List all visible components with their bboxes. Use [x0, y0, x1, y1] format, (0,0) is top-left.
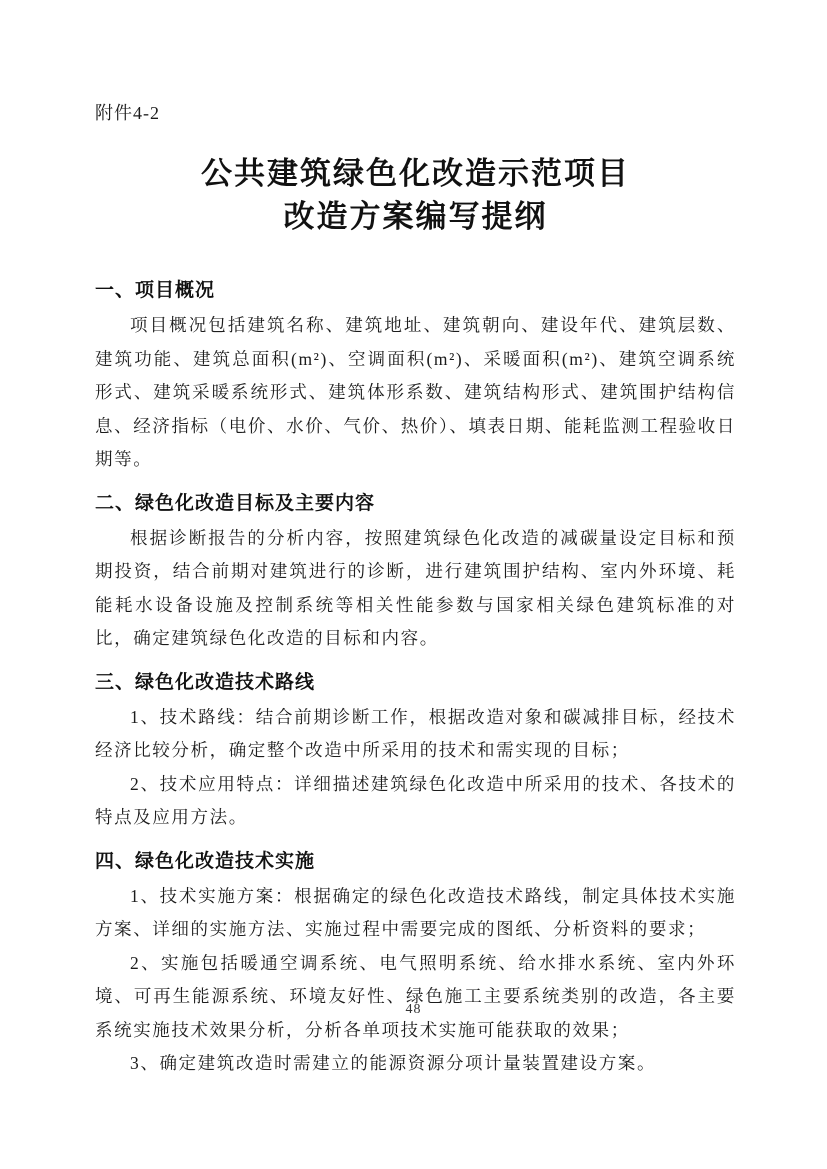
document-content: 附件4-2 公共建筑绿色化改造示范项目 改造方案编写提纲 一、项目概况 项目概况…: [95, 0, 736, 1081]
section-2-paragraph: 根据诊断报告的分析内容，按照建筑绿色化改造的减碳量设定目标和预期投资，结合前期对…: [95, 522, 736, 656]
section-heading-2: 二、绿色化改造目标及主要内容: [95, 487, 736, 520]
section-3-item-2: 2、技术应用特点：详细描述建筑绿色化改造中所采用的技术、各技术的特点及应用方法。: [95, 768, 736, 835]
section-heading-4: 四、绿色化改造技术实施: [95, 845, 736, 878]
section-4-item-1: 1、技术实施方案：根据确定的绿色化改造技术路线，制定具体技术实施方案、详细的实施…: [95, 880, 736, 947]
section-1-paragraph: 项目概况包括建筑名称、建筑地址、建筑朝向、建设年代、建筑层数、建筑功能、建筑总面…: [95, 309, 736, 477]
document-page: 附件4-2 公共建筑绿色化改造示范项目 改造方案编写提纲 一、项目概况 项目概况…: [0, 0, 827, 1169]
document-title: 公共建筑绿色化改造示范项目 改造方案编写提纲: [95, 152, 736, 238]
page-number: 48: [0, 1002, 827, 1018]
document-title-line-1: 公共建筑绿色化改造示范项目: [95, 152, 736, 195]
section-heading-3: 三、绿色化改造技术路线: [95, 666, 736, 699]
attachment-label: 附件4-2: [95, 100, 736, 126]
section-4-item-3: 3、确定建筑改造时需建立的能源资源分项计量装置建设方案。: [95, 1047, 736, 1081]
section-4-item-2: 2、实施包括暖通空调系统、电气照明系统、给水排水系统、室内外环境、可再生能源系统…: [95, 947, 736, 1048]
document-title-line-2: 改造方案编写提纲: [95, 195, 736, 238]
section-heading-1: 一、项目概况: [95, 274, 736, 307]
section-3-item-1: 1、技术路线：结合前期诊断工作，根据改造对象和碳减排目标，经技术经济比较分析，确…: [95, 701, 736, 768]
